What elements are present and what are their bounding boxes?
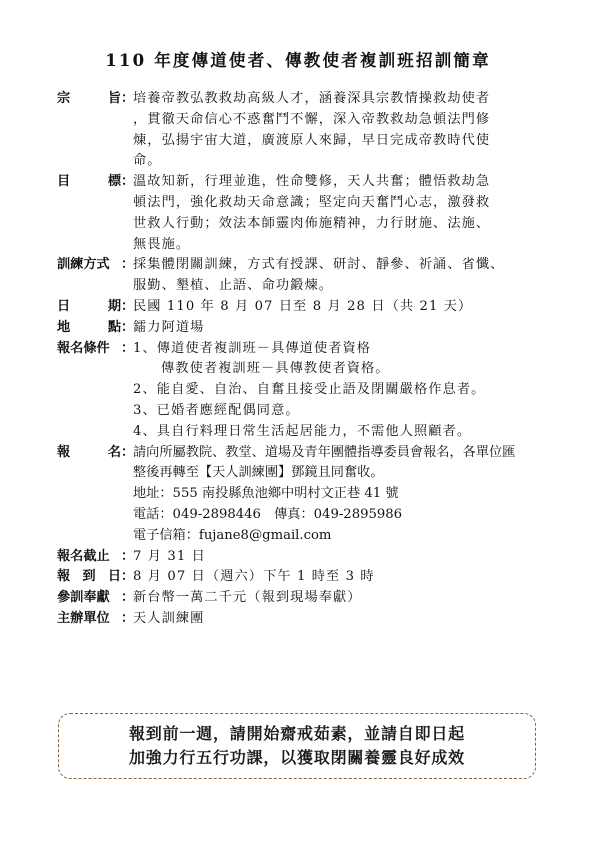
requirement-item: 2、能自愛、自治、自奮且接受止語及閉關嚴格作息者。 [133, 380, 547, 401]
label-organizer: 主辦單位 [57, 609, 121, 630]
label-method: 訓練方式 [57, 255, 121, 297]
section-registration: 報 名 ： 請向所屬教院、教堂、道場及青年團體指導委員會報名，各單位匯 整後再轉… [57, 443, 547, 547]
label-deadline: 報名截止 [57, 547, 121, 568]
phone-fax: 電話：049-2898446 傳真：049-2895986 [133, 505, 547, 526]
section-organizer: 主辦單位 ： 天人訓練團 [57, 609, 547, 630]
section-deadline: 報名截止 ： 7 月 31 日 [57, 547, 547, 568]
requirement-item: 3、已婚者應經配偶同意。 [133, 401, 547, 422]
document-body: 宗 旨 ： 培養帝教弘教救劫高級人才，涵養深具宗教情操救劫使者 ，貫徹天命信心不… [57, 89, 547, 630]
section-date: 日 期 ： 民國 110 年 8 月 07 日至 8 月 28 日（共 21 天… [57, 297, 547, 318]
label-purpose: 宗 旨 [57, 89, 121, 172]
document-title: 110 年度傳道使者、傳教使者複訓班招訓簡章 [0, 47, 596, 71]
registration-text: 請向所屬教院、教堂、道場及青年團體指導委員會報名，各單位匯 整後再轉至【天人訓練… [133, 443, 547, 547]
date-text: 民國 110 年 8 月 07 日至 8 月 28 日（共 21 天） [133, 297, 547, 318]
section-location: 地 點 ： 鐳力阿道場 [57, 318, 547, 339]
label-registration: 報 名 [57, 443, 121, 547]
section-requirements: 報名條件 ： 1、傳道使者複訓班－具傳道使者資格 傳教使者複訓班－具傳教使者資格… [57, 339, 547, 443]
purpose-text: 培養帝教弘教救劫高級人才，涵養深具宗教情操救劫使者 ，貫徹天命信心不惑奮鬥不懈，… [133, 89, 547, 172]
label-date: 日 期 [57, 297, 121, 318]
section-report-day: 報 到 日 ： 8 月 07 日（週六）下午 1 時至 3 時 [57, 567, 547, 588]
report-day-text: 8 月 07 日（週六）下午 1 時至 3 時 [133, 567, 547, 588]
label-location: 地 點 [57, 318, 121, 339]
address: 地址：555 南投縣魚池鄉中明村文正巷 41 號 [133, 484, 547, 505]
method-text: 採集體閉關訓練，方式有授課、研討、靜參、祈誦、省懺、 服勤、墾植、止語、命功鍛煉… [133, 255, 547, 297]
notice-line-2: 加強力行五行功課，以獲取閉關養靈良好成效 [129, 746, 465, 770]
section-method: 訓練方式 ： 採集體閉關訓練，方式有授課、研討、靜參、祈誦、省懺、 服勤、墾植、… [57, 255, 547, 297]
email: 電子信箱：fujane8@gmail.com [133, 526, 547, 547]
organizer-text: 天人訓練團 [133, 609, 547, 630]
notice-box: 報到前一週，請開始齋戒茹素，並請自即日起 加強力行五行功課，以獲取閉關養靈良好成… [58, 713, 536, 779]
section-purpose: 宗 旨 ： 培養帝教弘教救劫高級人才，涵養深具宗教情操救劫使者 ，貫徹天命信心不… [57, 89, 547, 172]
section-fee: 參訓奉獻 ： 新台幣一萬二千元（報到現場奉獻） [57, 588, 547, 609]
location-text: 鐳力阿道場 [133, 318, 547, 339]
label-report-day: 報 到 日 [57, 567, 121, 588]
section-goal: 目 標 ： 溫故知新，行理並進，性命雙修，天人共奮；體悟救劫急 頓法門，強化救劫… [57, 172, 547, 255]
requirements-list: 1、傳道使者複訓班－具傳道使者資格 傳教使者複訓班－具傳教使者資格。 2、能自愛… [133, 339, 547, 443]
notice-line-1: 報到前一週，請開始齋戒茹素，並請自即日起 [129, 722, 465, 746]
requirement-item: 1、傳道使者複訓班－具傳道使者資格 [133, 339, 547, 360]
goal-text: 溫故知新，行理並進，性命雙修，天人共奮；體悟救劫急 頓法門，強化救劫天命意識；堅… [133, 172, 547, 255]
deadline-text: 7 月 31 日 [133, 547, 547, 568]
requirement-item: 傳教使者複訓班－具傳教使者資格。 [133, 359, 547, 380]
label-requirements: 報名條件 [57, 339, 121, 443]
label-goal: 目 標 [57, 172, 121, 255]
label-fee: 參訓奉獻 [57, 588, 121, 609]
fee-text: 新台幣一萬二千元（報到現場奉獻） [133, 588, 547, 609]
requirement-item: 4、具自行料理日常生活起居能力，不需他人照顧者。 [133, 422, 547, 443]
